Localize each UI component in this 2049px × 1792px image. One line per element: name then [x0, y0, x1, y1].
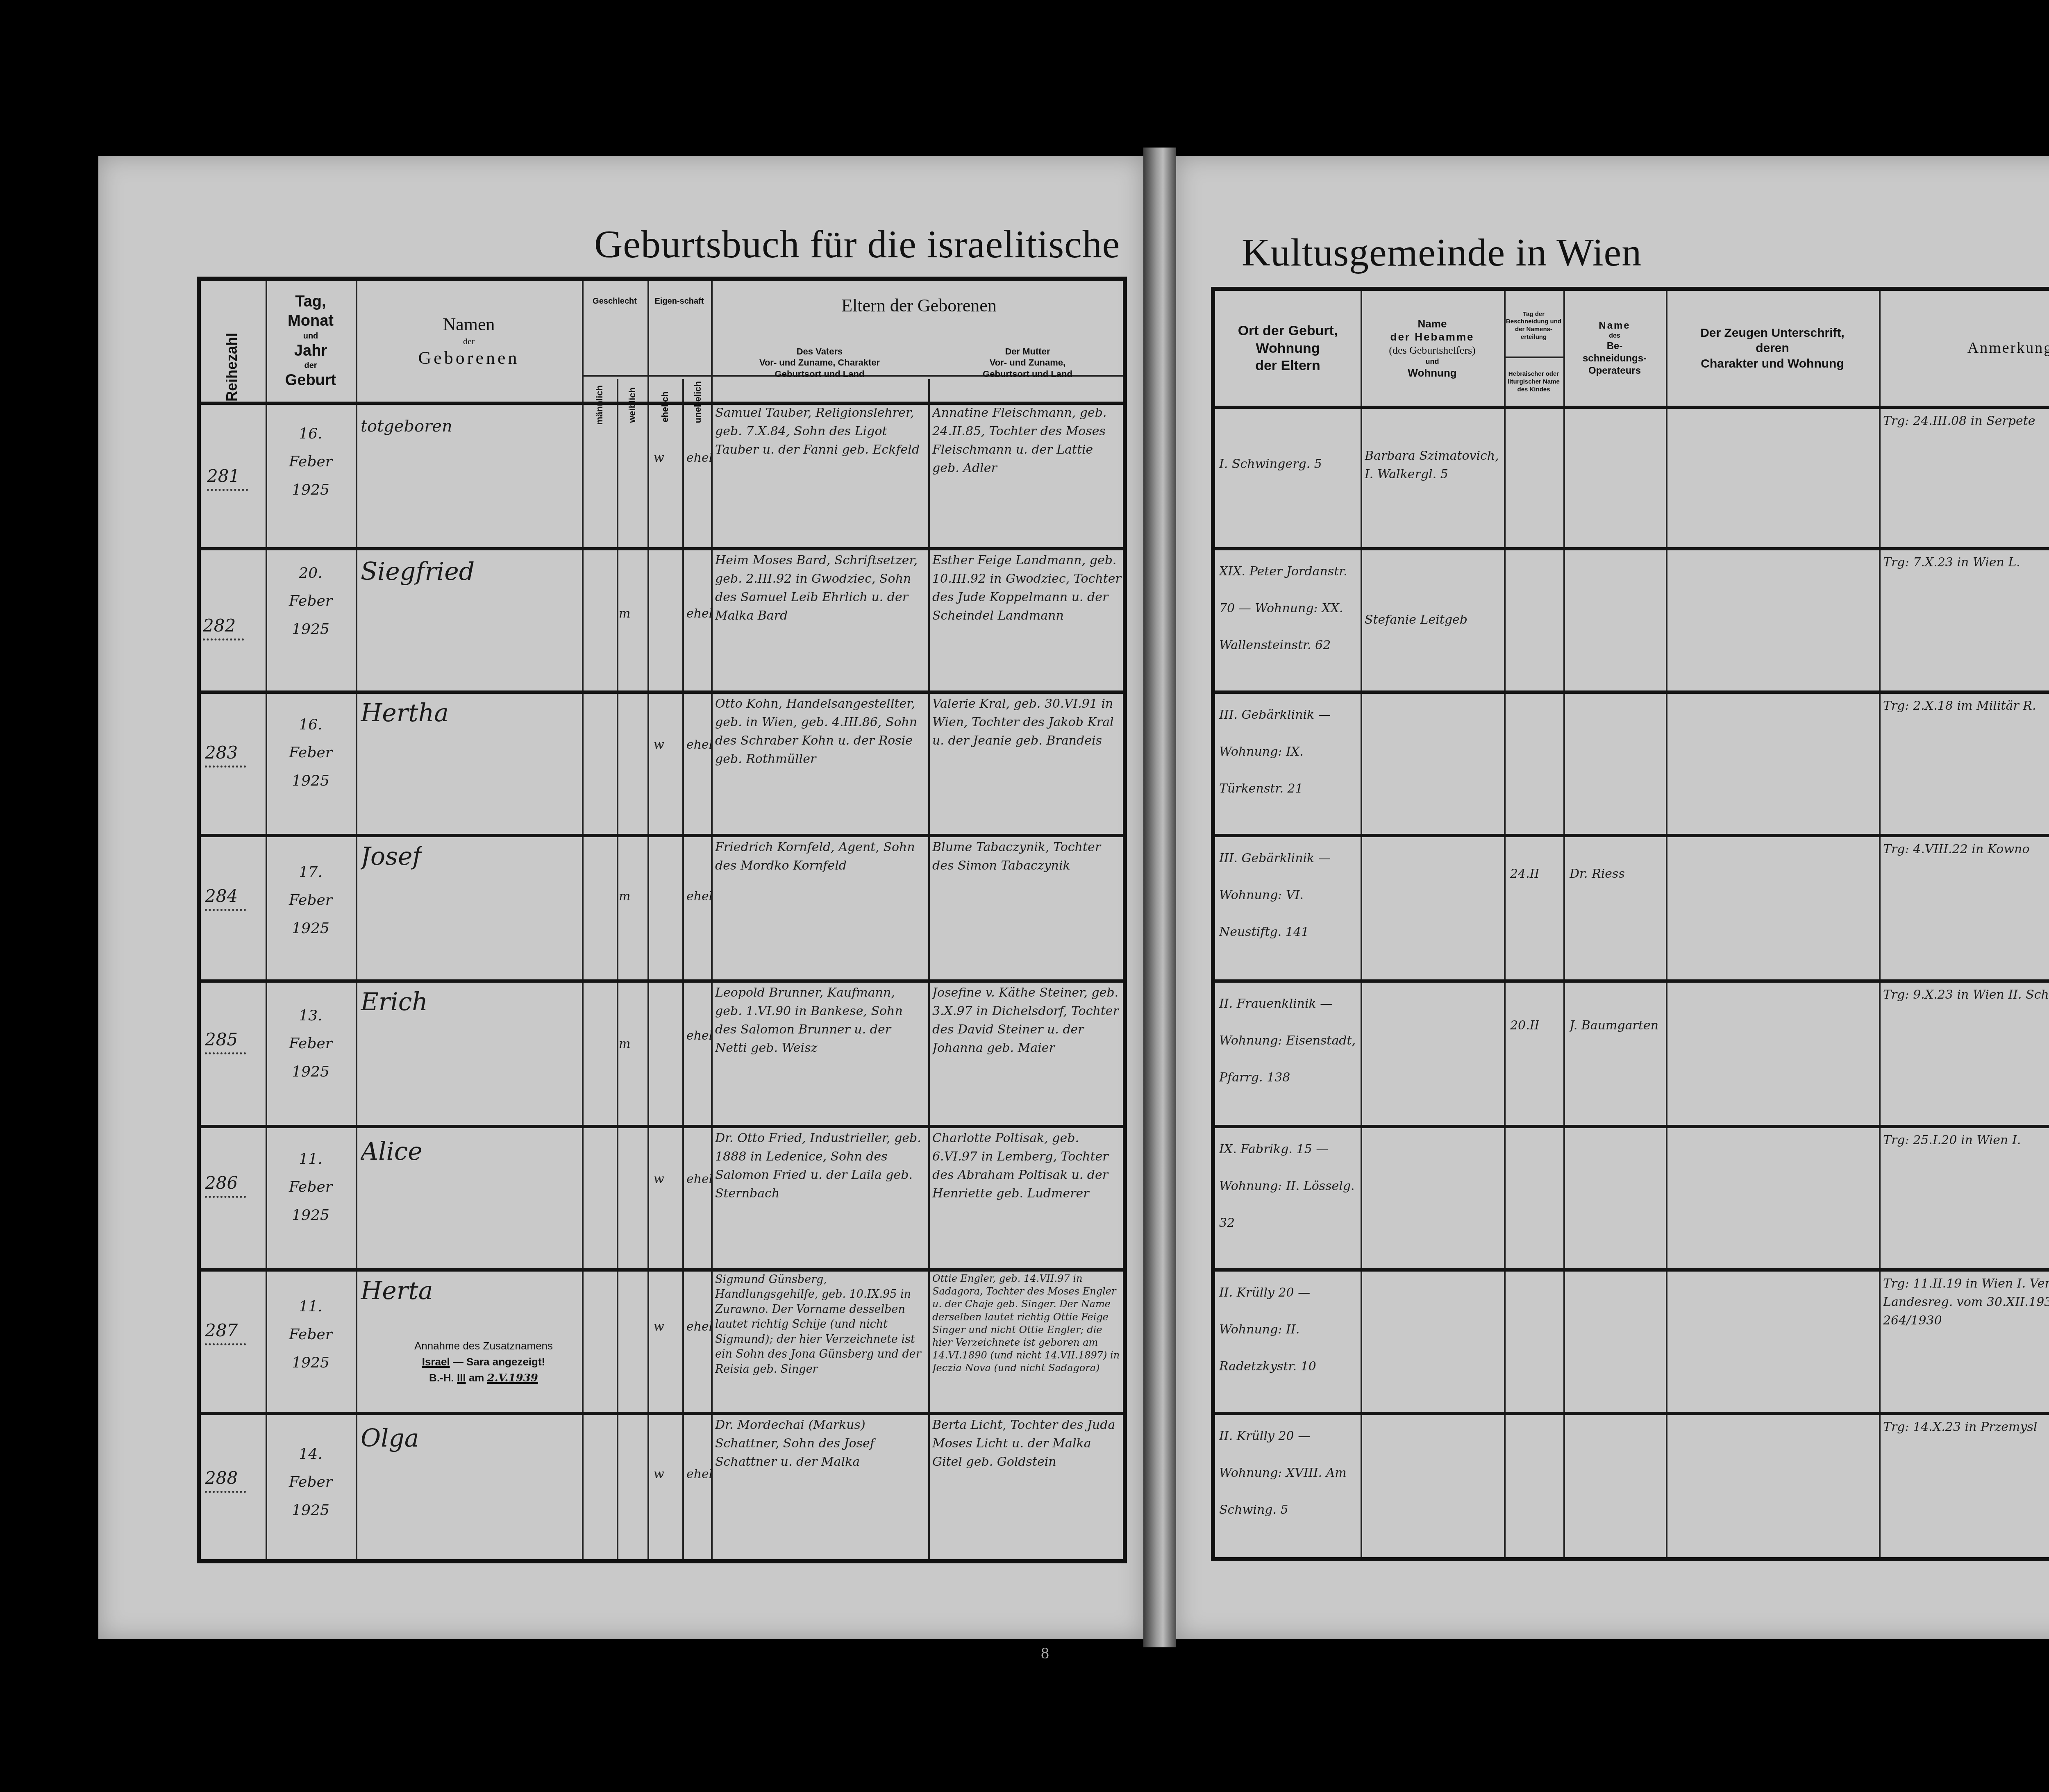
entry-sex: w: [654, 1170, 664, 1188]
header-ort: Ort der Geburt, Wohnung der Eltern: [1215, 291, 1361, 406]
entry-circumcision-date: 24.II: [1510, 865, 1539, 883]
name-annotation-stamp: Annahme des Zusatznamens Israel — Sara a…: [393, 1338, 574, 1386]
entry-sex: w: [654, 736, 664, 754]
entry-number: 283: [205, 740, 246, 768]
entry-number: 285: [205, 1027, 246, 1054]
entry-legitimacy: ehel: [686, 1317, 713, 1336]
entry-remark: Trg: 4.VIII.22 in Kowno: [1883, 840, 2049, 859]
header-anmerkung: Anmerkung: [1879, 291, 2049, 406]
entry-number: 284: [205, 883, 246, 911]
header-unehelich: unehelich: [693, 381, 703, 423]
right-register-table: Ort der Geburt, Wohnung der Eltern Name …: [1211, 287, 2049, 1561]
entry-place: II. Frauenklinik — Wohnung: Eisenstadt, …: [1219, 986, 1358, 1121]
entry-date: 16.Feber1925: [266, 420, 356, 504]
entry-circumcision-date: 20.II: [1510, 1016, 1539, 1035]
entry-legitimacy: ehel: [686, 1465, 713, 1483]
header-date: Tag, Monat und Jahr der Geburt: [266, 281, 356, 402]
book-spine: [1143, 148, 1176, 1647]
entry-mother: Valerie Kral, geb. 30.VI.91 in Wien, Toc…: [932, 695, 1123, 830]
entry-legitimacy: ehel: [686, 1027, 713, 1045]
entry-remark: Trg: 25.I.20 in Wien I.: [1883, 1131, 2049, 1149]
entry-child-name: Siegfried: [361, 553, 475, 590]
entry-mother: Berta Licht, Tochter des Juda Moses Lich…: [932, 1416, 1123, 1555]
header-vater-text: Des Vaters Vor- und Zuname, Charakter Ge…: [711, 326, 928, 400]
entry-father: Otto Kohn, Handelsangestellter, geb. in …: [715, 695, 924, 830]
entry-date: 17.Feber1925: [266, 859, 356, 943]
entry-child-name: totgeboren: [361, 414, 452, 438]
entry-child-name: Alice: [361, 1133, 423, 1170]
entry-date: 20.Feber1925: [266, 559, 356, 643]
entry-legitimacy: ehel: [686, 449, 713, 467]
entry-sex: m: [619, 887, 630, 906]
entry-sex: w: [654, 1465, 664, 1483]
entry-remark: Trg: 9.X.23 in Wien II. Sch.: [1883, 986, 2049, 1004]
header-geschlecht: Geschlecht: [582, 289, 647, 313]
entry-midwife: Barbara Szimatovich, I. Walkergl. 5: [1365, 447, 1502, 484]
entry-legitimacy: ehel: [686, 604, 713, 623]
register-title-right: Kultusgemeinde in Wien: [1242, 229, 1642, 275]
entry-place: I. Schwingerg. 5: [1219, 455, 1358, 473]
entry-child-name: Herta: [361, 1272, 433, 1309]
entry-mother: Charlotte Poltisak, geb. 6.VI.97 in Lemb…: [932, 1129, 1123, 1264]
entry-date: 16.Feber1925: [266, 711, 356, 795]
entry-mother: Blume Tabaczynik, Tochter des Simon Taba…: [932, 838, 1123, 973]
register-title-left: Geburtsbuch für die israelitische: [594, 221, 1120, 267]
entry-legitimacy: ehel: [686, 1170, 713, 1188]
entry-father: Dr. Mordechai (Markus) Schattner, Sohn d…: [715, 1416, 924, 1555]
entry-operator: Dr. Riess: [1570, 865, 1625, 883]
entry-child-name: Erich: [361, 983, 428, 1020]
entry-place: IX. Fabrikg. 15 — Wohnung: II. Lösselg. …: [1219, 1131, 1358, 1266]
entry-legitimacy: ehel: [686, 887, 713, 906]
entry-child-name: Hertha: [361, 695, 449, 731]
entry-number: 286: [205, 1170, 246, 1198]
entry-remark: Trg: 24.III.08 in Serpete: [1883, 412, 2049, 430]
entry-legitimacy: ehel: [686, 736, 713, 754]
entry-child-name: Olga: [361, 1420, 419, 1457]
entry-sex: w: [654, 449, 664, 467]
entry-date: 11.Feber1925: [266, 1145, 356, 1229]
entry-mother: Esther Feige Landmann, geb. 10.III.92 in…: [932, 551, 1123, 686]
header-names: Namen der Geborenen: [356, 281, 582, 402]
header-ehelich: ehelich: [660, 391, 670, 422]
left-register-table: Reihezahl Tag, Monat und Jahr der Geburt…: [197, 277, 1127, 1563]
entry-father: Dr. Otto Fried, Industrieller, geb. 1888…: [715, 1129, 924, 1264]
header-operateur: Name des Be- schneidungs- Operateurs: [1563, 291, 1666, 406]
entry-date: 11.Feber1925: [266, 1293, 356, 1377]
entry-number: 282: [203, 613, 244, 640]
entry-mother: Annatine Fleischmann, geb. 24.II.85, Toc…: [932, 404, 1123, 543]
entry-place: III. Gebärklinik — Wohnung: IX. Türkenst…: [1219, 697, 1358, 832]
entry-sex: m: [619, 1035, 630, 1053]
header-hebraeischer-name: Hebräischer oder liturgischer Name des K…: [1506, 359, 1561, 406]
entry-mother: Josefine v. Käthe Steiner, geb. 3.X.97 i…: [932, 983, 1123, 1121]
entry-remark: Trg: 14.X.23 in Przemysl: [1883, 1418, 2049, 1436]
header-mutter-text: Der Mutter Vor- und Zuname, Geburtsort u…: [928, 326, 1127, 400]
header-eigenschaft: Eigen-schaft: [647, 285, 711, 318]
entry-place: II. Krülly 20 — Wohnung: XVIII. Am Schwi…: [1219, 1418, 1358, 1557]
header-weiblich: weiblich: [627, 387, 638, 423]
entry-father: Leopold Brunner, Kaufmann, geb. 1.VI.90 …: [715, 983, 924, 1121]
entry-place: II. Krülly 20 — Wohnung: II. Radetzkystr…: [1219, 1274, 1358, 1410]
entry-father: Samuel Tauber, Religionslehrer, geb. 7.X…: [715, 404, 924, 543]
entry-remark: Trg: 7.X.23 in Wien L.: [1883, 553, 2049, 572]
entry-number: 281: [207, 463, 248, 491]
entry-date: 13.Feber1925: [266, 1002, 356, 1086]
entry-place: III. Gebärklinik — Wohnung: VI. Neustift…: [1219, 840, 1358, 975]
header-beschneidung-tag: Tag der Beschneidung und der Namens-erte…: [1506, 295, 1561, 357]
entry-place: XIX. Peter Jordanstr. 70 — Wohnung: XX. …: [1219, 553, 1358, 688]
entry-operator: J. Baumgarten: [1570, 1016, 1658, 1035]
header-maennlich: männlich: [594, 385, 605, 425]
entry-number: 287: [205, 1317, 246, 1345]
entry-father: Heim Moses Bard, Schriftsetzer, geb. 2.I…: [715, 551, 924, 686]
header-reihezahl: Reihezahl: [223, 324, 241, 402]
entry-number: 288: [205, 1465, 246, 1493]
entry-sex: w: [654, 1317, 664, 1336]
entry-father: Friedrich Kornfeld, Agent, Sohn des Mord…: [715, 838, 924, 973]
entry-midwife: Stefanie Leitgeb: [1365, 611, 1502, 629]
entry-remark: Trg: 2.X.18 im Militär R.: [1883, 697, 2049, 715]
header-hebamme: Name der Hebamme (des Geburtshelfers) un…: [1361, 291, 1504, 406]
entry-child-name: Josef: [361, 838, 422, 875]
page-footer-mark: 8: [1041, 1643, 1049, 1663]
header-zeugen: Der Zeugen Unterschrift, deren Charakter…: [1666, 291, 1879, 406]
entry-mother: Ottie Engler, geb. 14.VII.97 in Sadagora…: [932, 1272, 1123, 1410]
entry-father: Sigmund Günsberg, Handlungsgehilfe, geb.…: [715, 1272, 924, 1410]
header-eltern: Eltern der Geborenen: [711, 289, 1127, 322]
entry-remark: Trg: 11.II.19 in Wien I. Verfg. d. Wr. L…: [1883, 1274, 2049, 1330]
entry-date: 14.Feber1925: [266, 1440, 356, 1524]
entry-sex: m: [619, 604, 630, 623]
